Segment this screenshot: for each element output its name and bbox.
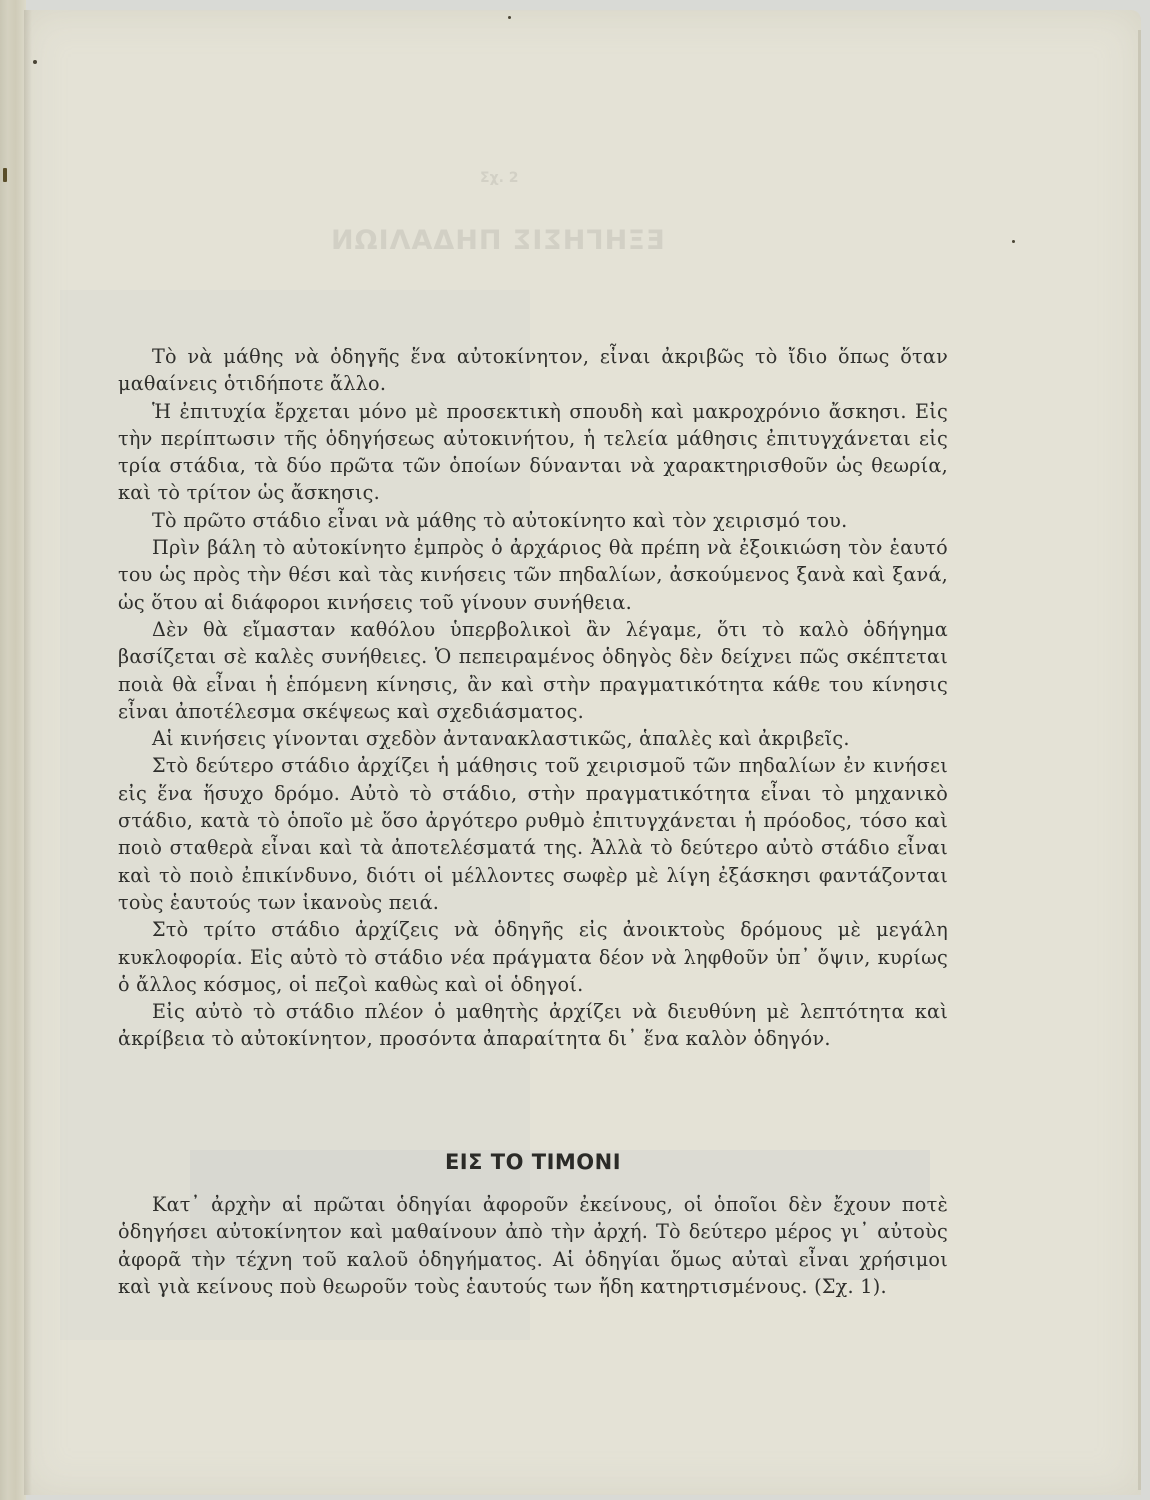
section-body-text: Κατ᾿ ἀρχὴν αἱ πρῶται ὁδηγίαι ἀφοροῦν ἐκε…	[118, 1191, 948, 1300]
paragraph: Στὸ δεύτερο στάδιο ἀρχίζει ἡ μάθησις τοῦ…	[118, 752, 948, 916]
paragraph: Ἡ ἐπιτυχία ἔρχεται μόνο μὲ προσεκτικὴ σπ…	[118, 398, 948, 507]
paper-speck	[33, 60, 37, 64]
paragraph: Πρὶν βάλη τὸ αὐτοκίνητο ἐμπρὸς ὁ ἀρχάριο…	[118, 534, 948, 616]
page-gutter-shadow	[24, 10, 32, 1495]
body-text: Τὸ νὰ μάθης νὰ ὁδηγῆς ἕνα αὐτοκίνητον, ε…	[118, 343, 948, 1053]
book-spine	[0, 0, 26, 1500]
section-heading: ΕΙΣ ΤΟ ΤΙΜΟΝΙ	[118, 1150, 948, 1174]
paragraph: Κατ᾿ ἀρχὴν αἱ πρῶται ὁδηγίαι ἀφοροῦν ἐκε…	[118, 1191, 948, 1300]
paper-speck	[508, 16, 511, 19]
paragraph: Τὸ πρῶτο στάδιο εἶναι νὰ μάθης τὸ αὐτοκί…	[118, 507, 948, 534]
show-through-heading: ΕΞΗΓΗΣΙΣ ΠΗΔΑΛΙΩΝ	[330, 225, 665, 256]
show-through-caption: Σχ. 2	[480, 170, 519, 186]
spine-mark	[3, 168, 7, 182]
paragraph: Αἱ κινήσεις γίνονται σχεδὸν ἀντανακλαστι…	[118, 725, 948, 752]
paragraph: Δὲν θὰ εἴμασταν καθόλου ὑπερβολικοὶ ἂν λ…	[118, 616, 948, 725]
paper-speck	[1012, 240, 1015, 243]
paragraph: Εἰς αὐτὸ τὸ στάδιο πλέον ὁ μαθητὴς ἀρχίζ…	[118, 998, 948, 1053]
page-edge	[1138, 30, 1141, 1490]
paragraph: Τὸ νὰ μάθης νὰ ὁδηγῆς ἕνα αὐτοκίνητον, ε…	[118, 343, 948, 398]
paragraph: Στὸ τρίτο στάδιο ἀρχίζεις νὰ ὁδηγῆς εἰς …	[118, 916, 948, 998]
